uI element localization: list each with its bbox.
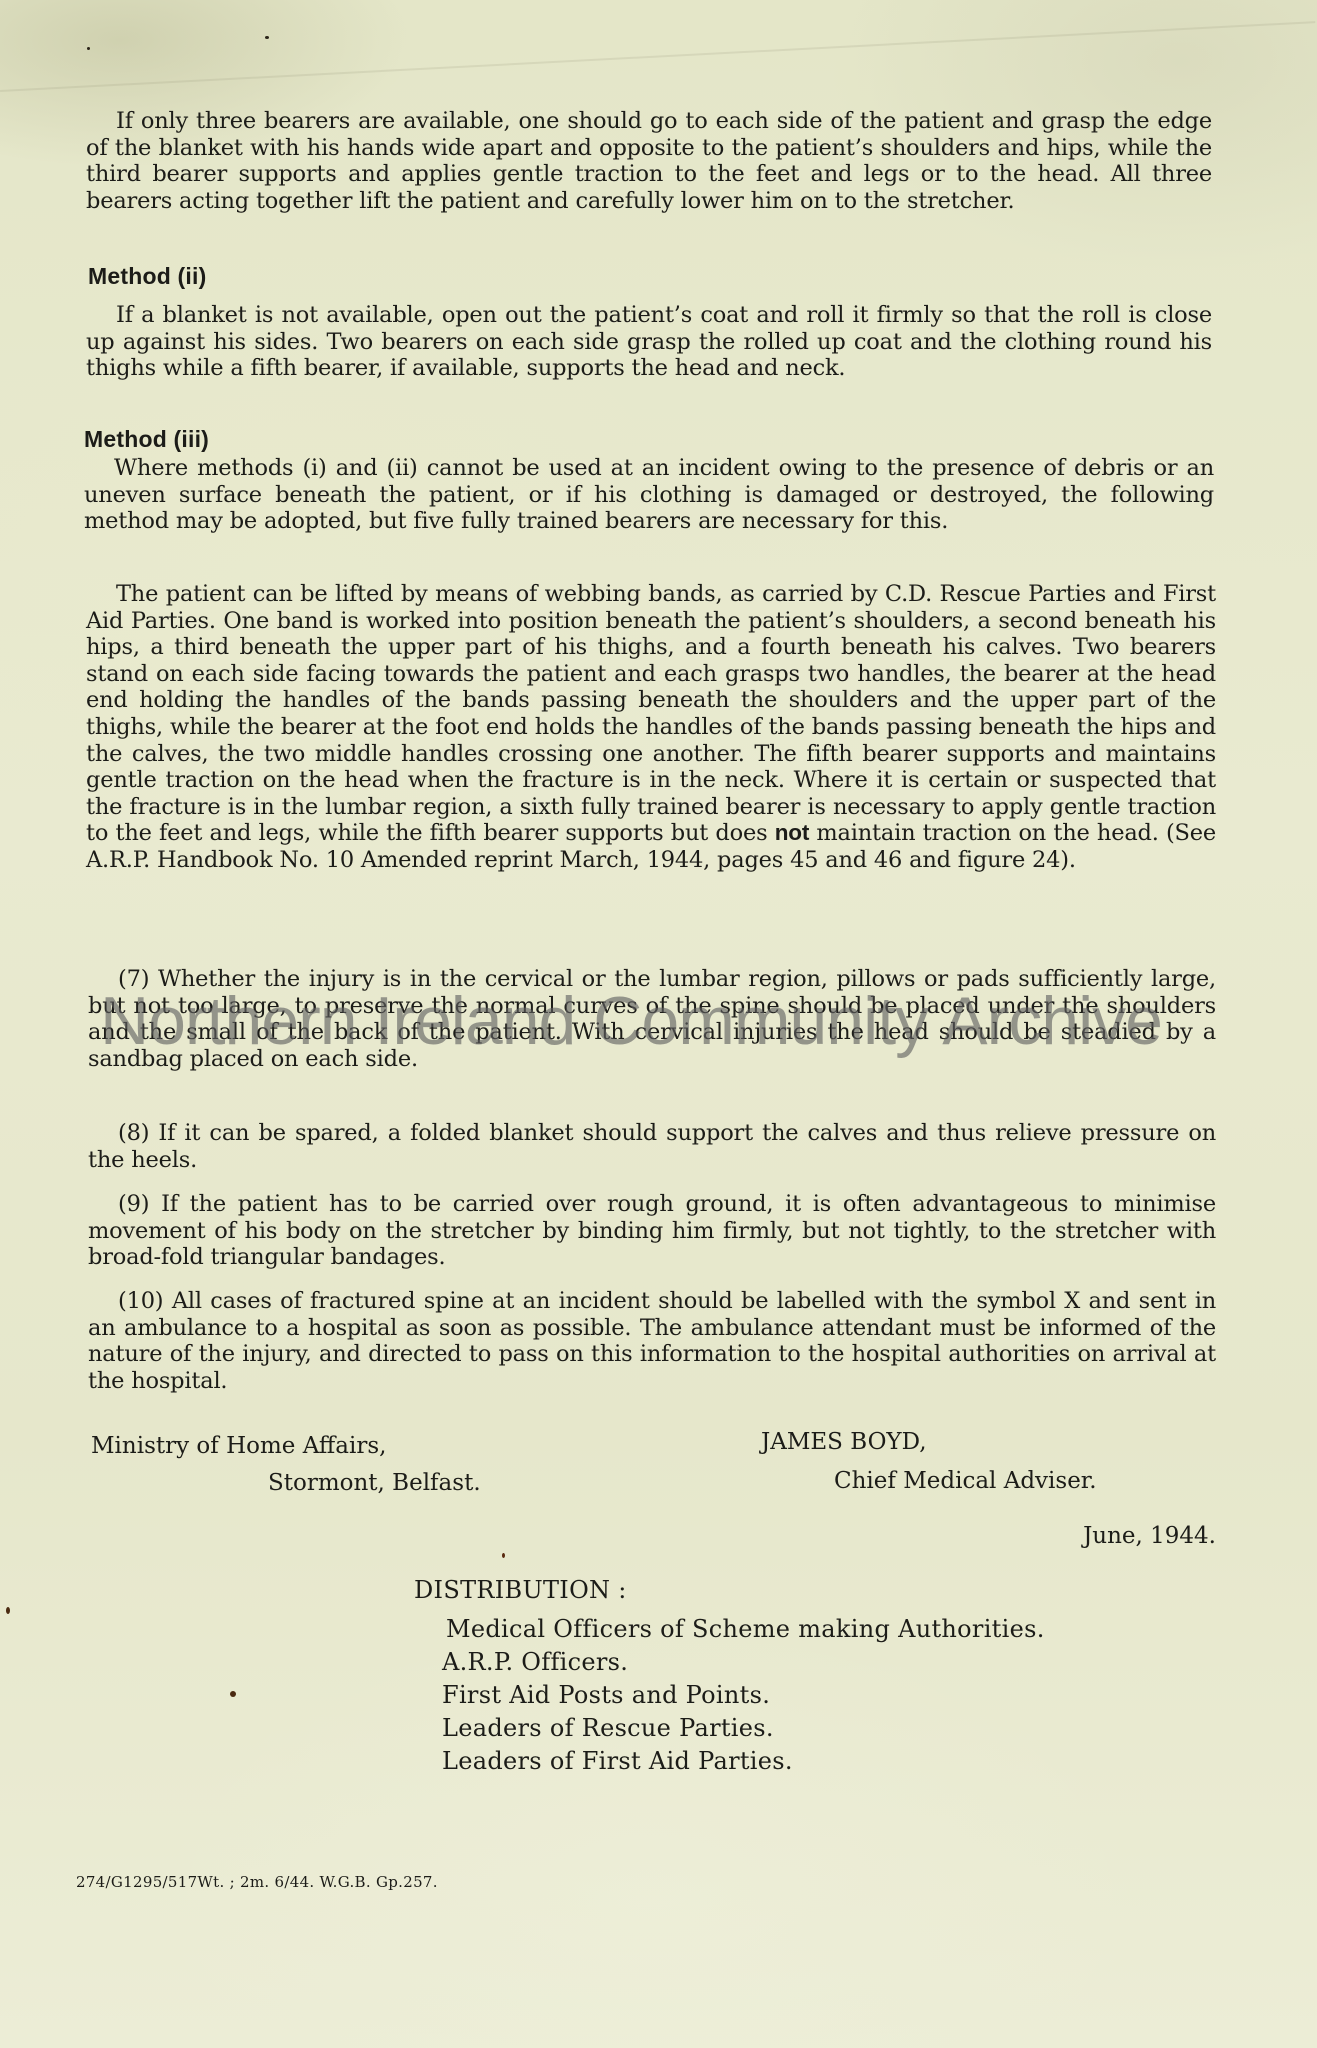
- paper-speck: [265, 36, 269, 39]
- paragraph-three-bearers: If only three bearers are available, one…: [86, 108, 1212, 214]
- distribution-item: Leaders of Rescue Parties.: [442, 1712, 1045, 1745]
- paragraph-text: If only three bearers are available, one…: [86, 108, 1212, 214]
- paragraph-text: The patient can be lifted by means of we…: [86, 581, 1216, 846]
- distribution-item: Leaders of First Aid Parties.: [442, 1745, 1045, 1778]
- paragraph-webbing-bands: The patient can be lifted by means of we…: [86, 581, 1216, 874]
- paper-speck: [87, 47, 90, 50]
- paragraph-text: If a blanket is not available, open out …: [86, 302, 1212, 381]
- paper-speck: [502, 1553, 505, 1558]
- paragraph-item-9: (9) If the patient has to be carried ove…: [88, 1191, 1216, 1271]
- signature-date: June, 1944.: [1083, 1523, 1216, 1549]
- signature-org-line1: Ministry of Home Affairs,: [91, 1433, 386, 1459]
- paragraph-text: (10) All cases of fractured spine at an …: [88, 1288, 1216, 1394]
- emphasis-not: not: [775, 820, 809, 845]
- paragraph-item-10: (10) All cases of fractured spine at an …: [88, 1288, 1216, 1394]
- heading-method-ii: Method (ii): [88, 263, 206, 290]
- distribution-list: Medical Officers of Scheme making Author…: [442, 1613, 1045, 1778]
- signature-org-line2: Stormont, Belfast.: [268, 1470, 481, 1496]
- paragraph-text: (8) If it can be spared, a folded blanke…: [88, 1120, 1216, 1173]
- paragraph-text: (7) Whether the injury is in the cervica…: [88, 966, 1216, 1072]
- distribution-title: DISTRIBUTION :: [414, 1576, 627, 1604]
- distribution-item: First Aid Posts and Points.: [442, 1679, 1045, 1712]
- paragraph-item-8: (8) If it can be spared, a folded blanke…: [88, 1120, 1216, 1173]
- paper-crease: [0, 21, 1315, 92]
- paragraph-method-ii: If a blanket is not available, open out …: [86, 302, 1212, 382]
- paragraph-text: (9) If the patient has to be carried ove…: [88, 1191, 1216, 1270]
- distribution-item: Medical Officers of Scheme making Author…: [442, 1613, 1045, 1646]
- signature-title: Chief Medical Adviser.: [834, 1468, 1097, 1494]
- heading-method-iii: Method (iii): [84, 426, 209, 453]
- printer-code: 274/G1295/517Wt. ; 2m. 6/44. W.G.B. Gp.2…: [76, 1873, 438, 1891]
- distribution-item: A.R.P. Officers.: [442, 1646, 1045, 1679]
- paragraph-method-iii: Where methods (i) and (ii) cannot be use…: [84, 455, 1214, 535]
- paragraph-item-7: (7) Whether the injury is in the cervica…: [88, 966, 1216, 1072]
- signature-name: JAMES BOYD,: [761, 1429, 927, 1455]
- paper-speck: [230, 1691, 236, 1697]
- paper-speck: [6, 1607, 10, 1614]
- paragraph-text: Where methods (i) and (ii) cannot be use…: [84, 455, 1214, 534]
